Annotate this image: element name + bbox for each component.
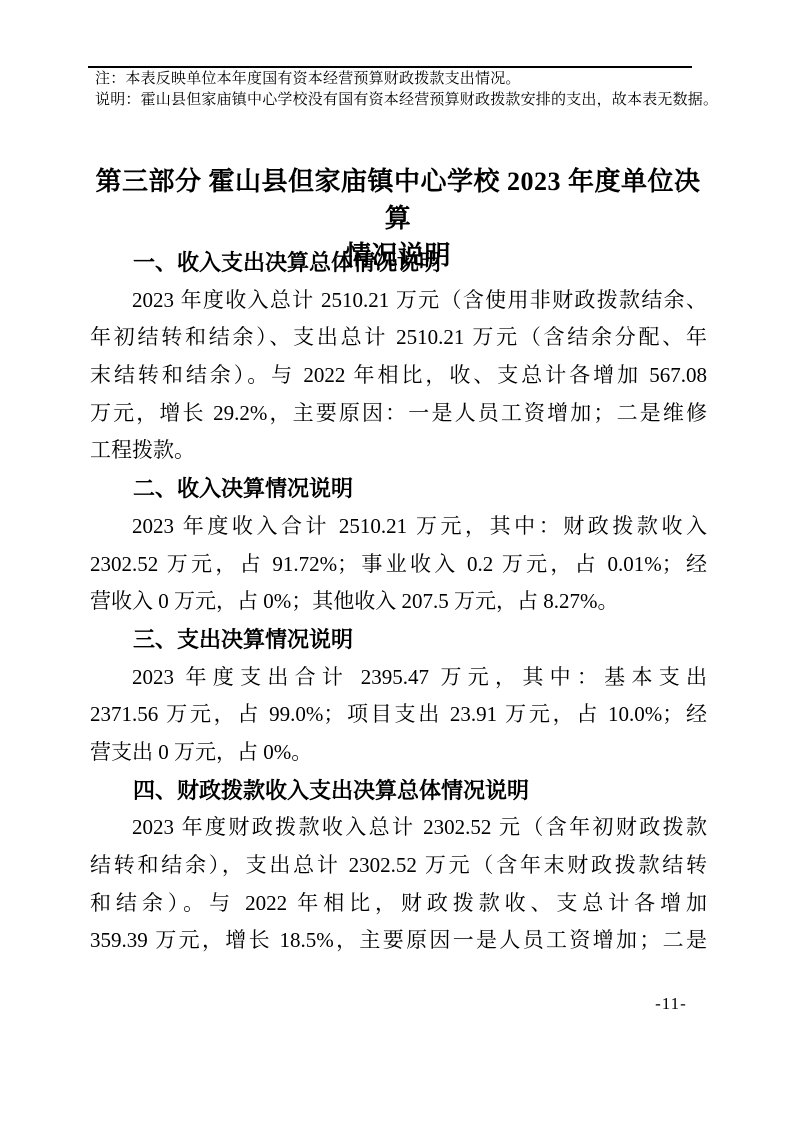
table-bottom-border (88, 66, 692, 68)
table-notes: 注：本表反映单位本年度国有资本经营预算财政拨款支出情况。 说明：霍山县但家庙镇中… (95, 69, 720, 111)
section-heading-3: 三、支出决算情况说明 (90, 621, 707, 659)
body-text-line: 和结余）。与 2022 年相比，财政拨款收、支总计各增加 (90, 885, 707, 923)
body-text-line: 2371.56 万元，占 99.0%；项目支出 23.91 万元，占 10.0%… (90, 696, 707, 734)
body-text-line: 万元，增长 29.2%，主要原因：一是人员工资增加；二是维修 (90, 395, 707, 433)
section-heading-1: 一、收入支出决算总体情况说明 (90, 244, 707, 282)
page-number: -11- (646, 994, 696, 1014)
body-text-line: 工程拨款。 (90, 432, 707, 470)
body-text-line: 营收入 0 万元，占 0%；其他收入 207.5 万元，占 8.27%。 (90, 583, 707, 621)
table-explanation: 说明：霍山县但家庙镇中心学校没有国有资本经营预算财政拨款安排的支出，故本表无数据… (95, 90, 720, 111)
body-text-line: 2023 年度财政拨款收入总计 2302.52 元（含年初财政拨款 (90, 809, 707, 847)
body-text-line: 末结转和结余）。与 2022 年相比，收、支总计各增加 567.08 (90, 357, 707, 395)
body-text-line: 359.39 万元，增长 18.5%，主要原因一是人员工资增加；二是 (90, 922, 707, 960)
body-text-line: 2023 年度支出合计 2395.47 万元，其中：基本支出 (90, 659, 707, 697)
section-heading-4: 四、财政拨款收入支出决算总体情况说明 (90, 772, 707, 810)
body-text-line: 结转和结余），支出总计 2302.52 万元（含年末财政拨款结转 (90, 847, 707, 885)
body-text-line: 2302.52 万元，占 91.72%；事业收入 0.2 万元，占 0.01%；… (90, 546, 707, 584)
body-text-line: 2023 年度收入合计 2510.21 万元，其中：财政拨款收入 (90, 508, 707, 546)
table-note: 注：本表反映单位本年度国有资本经营预算财政拨款支出情况。 (95, 69, 720, 90)
body-text-line: 年初结转和结余）、支出总计 2510.21 万元（含结余分配、年 (90, 319, 707, 357)
section-heading-2: 二、收入决算情况说明 (90, 470, 707, 508)
document-title-line-1: 第三部分 霍山县但家庙镇中心学校 2023 年度单位决算 (88, 163, 708, 237)
body-text-line: 2023 年度收入总计 2510.21 万元（含使用非财政拨款结余、 (90, 282, 707, 320)
document-body: 一、收入支出决算总体情况说明 2023 年度收入总计 2510.21 万元（含使… (90, 244, 707, 960)
body-text-line: 营支出 0 万元，占 0%。 (90, 734, 707, 772)
document-page: 注：本表反映单位本年度国有资本经营预算财政拨款支出情况。 说明：霍山县但家庙镇中… (0, 0, 793, 1122)
